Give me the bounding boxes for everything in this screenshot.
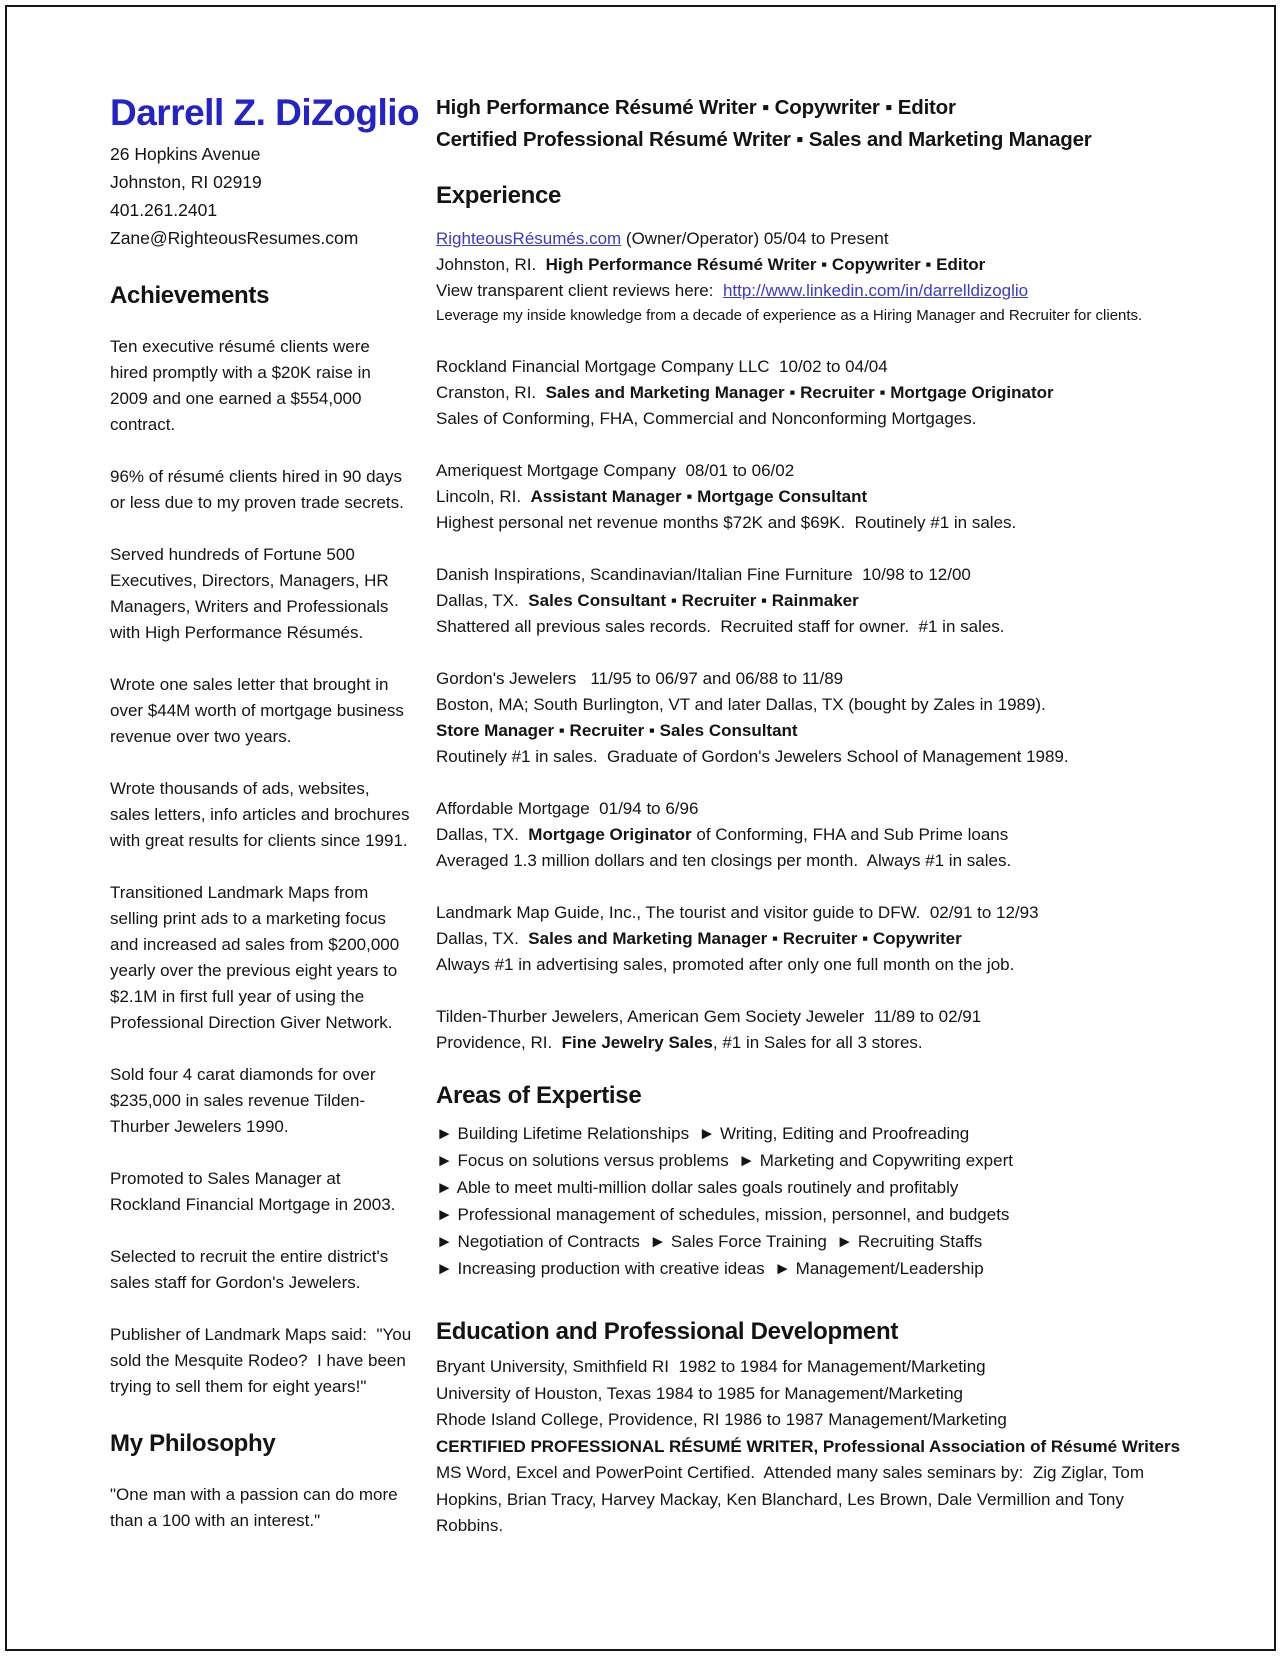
- job-company-line: RighteousRésumés.com (Owner/Operator) 05…: [436, 226, 1193, 252]
- job-note: Leverage my inside knowledge from a deca…: [436, 304, 1193, 328]
- job-desc: Highest personal net revenue months $72K…: [436, 510, 1193, 536]
- page-content: Darrell Z. DiZoglio 26 Hopkins AvenueJoh…: [110, 92, 1193, 1540]
- job-desc: Routinely #1 in sales. Graduate of Gordo…: [436, 744, 1193, 770]
- achievements-list: Ten executive résumé clients were hired …: [110, 334, 412, 1400]
- job-title-line: Dallas, TX. Sales and Marketing Manager …: [436, 926, 1193, 952]
- achievements-heading: Achievements: [110, 282, 412, 310]
- achievement-item: Ten executive résumé clients were hired …: [110, 334, 412, 438]
- expertise-item: ► Professional management of schedules, …: [436, 1201, 1193, 1228]
- job-ameriquest: Ameriquest Mortgage Company 08/01 to 06/…: [436, 458, 1193, 536]
- philosophy-quote: "One man with a passion can do more than…: [110, 1482, 412, 1534]
- job-location: Lincoln, RI.: [436, 487, 531, 506]
- achievement-item: Publisher of Landmark Maps said: "You so…: [110, 1322, 412, 1400]
- job-location-line: Boston, MA; South Burlington, VT and lat…: [436, 692, 1193, 718]
- education-item: University of Houston, Texas 1984 to 198…: [436, 1381, 1193, 1408]
- job-title-line: Johnston, RI. High Performance Résumé Wr…: [436, 252, 1193, 278]
- job-title-after: , #1 in Sales for all 3 stores.: [713, 1033, 923, 1052]
- right-column: High Performance Résumé Writer ▪ Copywri…: [436, 92, 1193, 1540]
- job-tilden-thurber: Tilden-Thurber Jewelers, American Gem So…: [436, 1004, 1193, 1056]
- job-title-line: Lincoln, RI. Assistant Manager ▪ Mortgag…: [436, 484, 1193, 510]
- job-title: Mortgage Originator: [528, 825, 691, 844]
- job-title: Store Manager ▪ Recruiter ▪ Sales Consul…: [436, 718, 1193, 744]
- job-gordons-jewelers: Gordon's Jewelers 11/95 to 06/97 and 06/…: [436, 666, 1193, 770]
- job-reviews-line: View transparent client reviews here: ht…: [436, 278, 1193, 304]
- job-landmark-map-guide: Landmark Map Guide, Inc., The tourist an…: [436, 900, 1193, 978]
- achievement-item: Wrote thousands of ads, websites, sales …: [110, 776, 412, 854]
- contact-block: 26 Hopkins AvenueJohnston, RI 02919401.2…: [110, 140, 412, 252]
- job-title-line: Dallas, TX. Mortgage Originator of Confo…: [436, 822, 1193, 848]
- righteousresumes-link[interactable]: RighteousRésumés.com: [436, 229, 621, 248]
- seminars-line: MS Word, Excel and PowerPoint Certified.…: [436, 1460, 1193, 1540]
- job-righteousresumes: RighteousRésumés.com (Owner/Operator) 05…: [436, 226, 1193, 328]
- contact-line: Johnston, RI 02919: [110, 168, 412, 196]
- job-title: Sales and Marketing Manager ▪ Recruiter …: [528, 929, 961, 948]
- expertise-item: ► Building Lifetime Relationships ► Writ…: [436, 1120, 1193, 1147]
- education-heading: Education and Professional Development: [436, 1318, 1193, 1346]
- job-title: Sales and Marketing Manager ▪ Recruiter …: [546, 383, 1054, 402]
- person-name: Darrell Z. DiZoglio: [110, 92, 412, 134]
- job-desc: Averaged 1.3 million dollars and ten clo…: [436, 848, 1193, 874]
- job-company-line: Affordable Mortgage 01/94 to 6/96: [436, 796, 1193, 822]
- resume-page: Darrell Z. DiZoglio 26 Hopkins AvenueJoh…: [0, 0, 1281, 1656]
- job-title-line: Dallas, TX. Sales Consultant ▪ Recruiter…: [436, 588, 1193, 614]
- job-desc: Always #1 in advertising sales, promoted…: [436, 952, 1193, 978]
- job-company-line: Tilden-Thurber Jewelers, American Gem So…: [436, 1004, 1193, 1030]
- tagline-line-1: High Performance Résumé Writer ▪ Copywri…: [436, 92, 1193, 124]
- job-company-line: Rockland Financial Mortgage Company LLC …: [436, 354, 1193, 380]
- job-desc: Shattered all previous sales records. Re…: [436, 614, 1193, 640]
- job-company-line: Landmark Map Guide, Inc., The tourist an…: [436, 900, 1193, 926]
- expertise-list: ► Building Lifetime Relationships ► Writ…: [436, 1120, 1193, 1282]
- job-company-line: Ameriquest Mortgage Company 08/01 to 06/…: [436, 458, 1193, 484]
- job-title-line: Providence, RI. Fine Jewelry Sales, #1 i…: [436, 1030, 1193, 1056]
- expertise-item: ► Negotiation of Contracts ► Sales Force…: [436, 1228, 1193, 1255]
- tagline-line-2: Certified Professional Résumé Writer ▪ S…: [436, 124, 1193, 156]
- achievement-item: Served hundreds of Fortune 500 Executive…: [110, 542, 412, 646]
- job-title: Assistant Manager ▪ Mortgage Consultant: [531, 487, 868, 506]
- contact-line: 401.261.2401: [110, 196, 412, 224]
- job-affordable-mortgage: Affordable Mortgage 01/94 to 6/96 Dallas…: [436, 796, 1193, 874]
- achievement-item: Wrote one sales letter that brought in o…: [110, 672, 412, 750]
- job-title: High Performance Résumé Writer ▪ Copywri…: [546, 255, 986, 274]
- experience-heading: Experience: [436, 182, 1193, 210]
- job-location: Providence, RI.: [436, 1033, 562, 1052]
- expertise-item: ► Able to meet multi-million dollar sale…: [436, 1174, 1193, 1201]
- job-rockland: Rockland Financial Mortgage Company LLC …: [436, 354, 1193, 432]
- expertise-item: ► Increasing production with creative id…: [436, 1255, 1193, 1282]
- job-company-line: Gordon's Jewelers 11/95 to 06/97 and 06/…: [436, 666, 1193, 692]
- reviews-label: View transparent client reviews here:: [436, 281, 723, 300]
- achievement-item: Sold four 4 carat diamonds for over $235…: [110, 1062, 412, 1140]
- achievement-item: Promoted to Sales Manager at Rockland Fi…: [110, 1166, 412, 1218]
- contact-line: Zane@RighteousResumes.com: [110, 224, 412, 252]
- job-location: Dallas, TX.: [436, 929, 528, 948]
- education-list: Bryant University, Smithfield RI 1982 to…: [436, 1354, 1193, 1434]
- expertise-heading: Areas of Expertise: [436, 1082, 1193, 1110]
- linkedin-link[interactable]: http://www.linkedin.com/in/darrelldizogl…: [723, 281, 1028, 300]
- job-location: Dallas, TX.: [436, 591, 528, 610]
- expertise-item: ► Focus on solutions versus problems ► M…: [436, 1147, 1193, 1174]
- job-danish-inspirations: Danish Inspirations, Scandinavian/Italia…: [436, 562, 1193, 640]
- achievement-item: Transitioned Landmark Maps from selling …: [110, 880, 412, 1036]
- job-title: Sales Consultant ▪ Recruiter ▪ Rainmaker: [528, 591, 858, 610]
- job-dates: (Owner/Operator) 05/04 to Present: [621, 229, 888, 248]
- contact-line: 26 Hopkins Avenue: [110, 140, 412, 168]
- job-location: Dallas, TX.: [436, 825, 528, 844]
- job-desc: Sales of Conforming, FHA, Commercial and…: [436, 406, 1193, 432]
- certification-line: CERTIFIED PROFESSIONAL RÉSUMÉ WRITER, Pr…: [436, 1434, 1193, 1461]
- job-company-line: Danish Inspirations, Scandinavian/Italia…: [436, 562, 1193, 588]
- philosophy-heading: My Philosophy: [110, 1430, 412, 1458]
- job-title: Fine Jewelry Sales: [562, 1033, 713, 1052]
- job-title-after: of Conforming, FHA and Sub Prime loans: [692, 825, 1009, 844]
- left-column: Darrell Z. DiZoglio 26 Hopkins AvenueJoh…: [110, 92, 412, 1534]
- job-location: Johnston, RI.: [436, 255, 546, 274]
- job-title-line: Cranston, RI. Sales and Marketing Manage…: [436, 380, 1193, 406]
- education-item: Bryant University, Smithfield RI 1982 to…: [436, 1354, 1193, 1381]
- achievement-item: Selected to recruit the entire district'…: [110, 1244, 412, 1296]
- achievement-item: 96% of résumé clients hired in 90 days o…: [110, 464, 412, 516]
- education-item: Rhode Island College, Providence, RI 198…: [436, 1407, 1193, 1434]
- job-location: Cranston, RI.: [436, 383, 546, 402]
